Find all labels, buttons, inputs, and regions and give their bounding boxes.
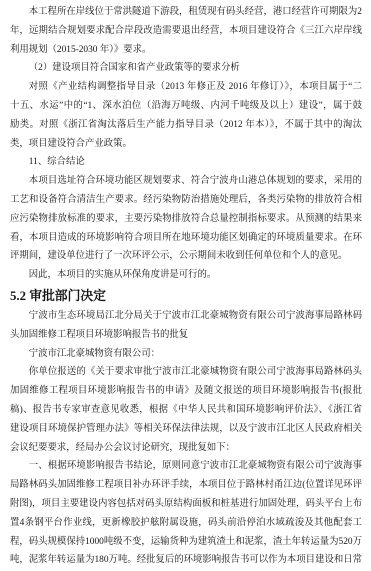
- paragraph-line: 评期间，建设单位进行了一次环评公示，公示期间未收到任何单位和个人的意见。: [10, 247, 362, 266]
- paragraph-line: 宁波市江北豪城物资有限公司：: [10, 345, 362, 364]
- paragraph-line: 11、综合结论: [10, 153, 362, 172]
- paragraph-line: 应污染物排放标准的要求，主要污染物排放符合总量控制指标要求。从预测的结果来: [10, 210, 362, 229]
- paragraph-line: （2）建设项目符合国家和省产业政策等的要求分析: [10, 59, 362, 78]
- paragraph-line: 十五、水运”中的“1、深水泊位（沿海万吨级、内河千吨级及以上）建设”，属于鼓: [10, 97, 362, 116]
- paragraph-line: 本工程所在岸线位于常洪隧道下游段，租赁现有码头经营，港口经营许可期限为2: [10, 3, 362, 22]
- paragraph-line: 置4条钢平台作业线，更新橡胶护舷附属设施，码头前沿停泊水域疏浚及其他配套工: [10, 514, 362, 533]
- paragraph-line: 程，码头规模保持1000吨级不变，运输货种为建筑渣土和泥浆，渣土年转运量为520…: [10, 533, 362, 552]
- text-content: 本工程所在岸线位于常洪隧道下游段，租赁现有码头经营，港口经营许可期限为2年，远期…: [10, 3, 362, 570]
- paragraph-line: 头加固维修工程项目环境影响报告书的批复: [10, 326, 362, 345]
- paragraph-line: 工艺和设备符合清洁生产要求。经污染物防治措施处理后，各类污染物的排放符合相: [10, 191, 362, 210]
- paragraph-line: 一、根据环境影响报告书结论，原则同意宁波市江北豪城物资有限公司宁波海事: [10, 457, 362, 476]
- paragraph-line: 加固维修工程项目环境影响报告书的申请》及随文报送的项目环境影响报告书(报批: [10, 382, 362, 401]
- document-page: 本工程所在岸线位于常洪隧道下游段，租赁现有码头经营，港口经营许可期限为2年，远期…: [0, 0, 371, 571]
- paragraph-line: 稿)、报告书专家审查意见收悉，根据《中华人民共和国环境影响评价法》、《浙江省: [10, 401, 362, 420]
- section-heading: 5.2 审批部门决定: [10, 285, 362, 307]
- paragraph-line: 利用规划（2015-2030 年）》要求。: [10, 41, 362, 60]
- paragraph-line: 看，本项目造成的环境影响符合项目所在地环境功能区划确定的环境质量要求。在环: [10, 229, 362, 248]
- paragraph-line: 因此，本项目的实施从环保角度讲是可行的。: [10, 266, 362, 285]
- paragraph-line: 附图)，项目主要建设内容包括对码头原结构面板和桩基进行加固处理，码头平台上布: [10, 495, 362, 514]
- paragraph-line: 对照《产业结构调整指导目录（2013 年修正及 2016 年修订）》，本项目属于…: [10, 78, 362, 97]
- paragraph-line: 励类。对照《浙江省淘汰落后生产能力指导目录（2012 年本）》，不属于其中的淘汰: [10, 116, 362, 135]
- paragraph-line: 你单位报送的《关于要求审批宁波市江北豪城物资有限公司宁波海事局路林码头: [10, 363, 362, 382]
- paragraph-line: 类，项目建设符合产业政策。: [10, 135, 362, 154]
- paragraph-line: 建设项目环境保护管理办法》等相关环保法律法规，以及宁波市江北区人民政府相关: [10, 420, 362, 439]
- paragraph-line: 宁波市生态环境局江北分局关于宁波市江北豪城物资有限公司宁波海事局路林码: [10, 307, 362, 326]
- paragraph-line: 会议纪要要求，经局办公会议讨论研究，现批复如下：: [10, 439, 362, 458]
- paragraph-line: 本项目选址符合环境功能区规划要求、符合宁波舟山港总体规划的要求，采用的: [10, 172, 362, 191]
- paragraph-line: 吨，泥浆年转运量为180万吨。经批复后的环境影响报告书可以作为本项目建设和日常: [10, 551, 362, 570]
- paragraph-line: 年，远期结合规划要求配合岸段改造需要退出经营，本项目建设符合《三江六岸岸线: [10, 22, 362, 41]
- paragraph-line: 局路林码头加固维修工程项目补办环评手续，本项目位于路林村甬江边(位置详见环评: [10, 476, 362, 495]
